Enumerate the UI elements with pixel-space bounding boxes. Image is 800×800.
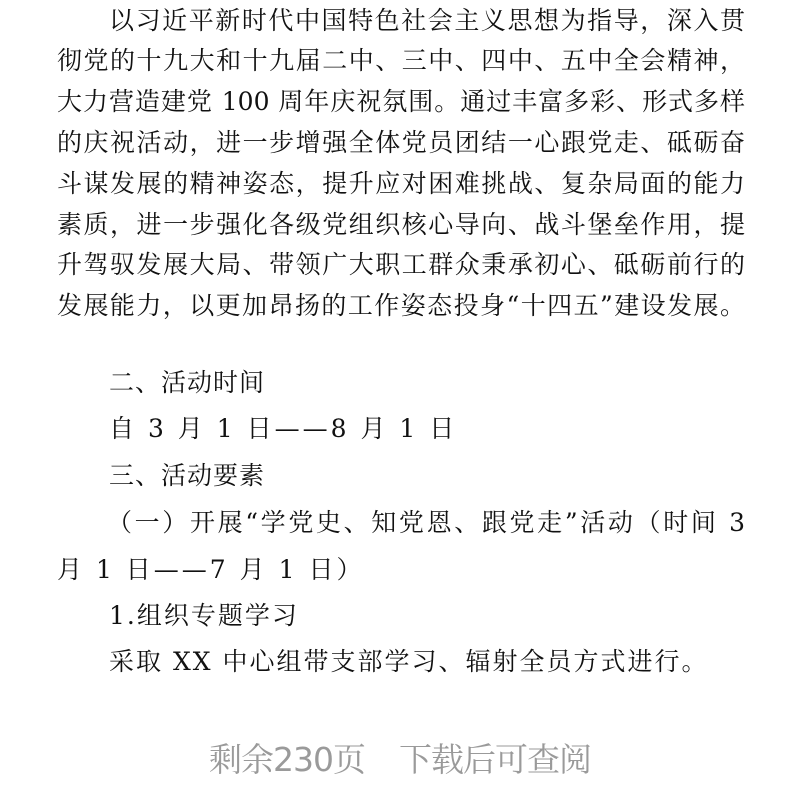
download-to-read-banner[interactable]: 剩余230页下载后可查阅 [0,730,800,790]
remaining-pages-text: 剩余230页 [209,740,365,779]
paragraph-line: 发展能力，以更加昂扬的工作姿态投身“十四五”建设发展。 [57,285,745,326]
item-heading-line: 月 1 日——7 月 1 日） [57,549,745,590]
document-page: 以习近平新时代中国特色社会主义思想为指导，深入贯 彻党的十九大和十九届二中、三中… [0,0,800,700]
paragraph-line: 彻党的十九大和十九届二中、三中、四中、五中全会精神， [57,40,745,81]
subsection-body: 采取 XX 中心组带支部学习、辐射全员方式进行。 [109,641,745,682]
paragraph-line: 升驾驭发展大局、带领广大职工群众秉承初心、砥砺前行的 [57,244,745,285]
section-heading-activity-time: 二、活动时间 [109,362,745,403]
download-prompt-text[interactable]: 下载后可查阅 [399,740,591,779]
subsection-heading: 1.组织专题学习 [109,595,745,636]
paragraph-line: 的庆祝活动，进一步增强全体党员团结一心跟党走、砥砺奋 [57,122,745,163]
section-heading-activity-elements: 三、活动要素 [109,455,745,496]
activity-time-range: 自 3 月 1 日——8 月 1 日 [109,408,745,449]
paragraph-line: 以习近平新时代中国特色社会主义思想为指导，深入贯 [109,0,745,41]
item-heading-line: （一）开展“学党史、知党恩、跟党走”活动（时间 3 [107,502,745,543]
paragraph-line: 大力营造建党 100 周年庆祝氛围。通过丰富多彩、形式多样 [57,81,745,122]
paragraph-line: 素质，进一步强化各级党组织核心导向、战斗堡垒作用，提 [57,204,745,245]
paragraph-line: 斗谋发展的精神姿态，提升应对困难挑战、复杂局面的能力 [57,163,745,204]
